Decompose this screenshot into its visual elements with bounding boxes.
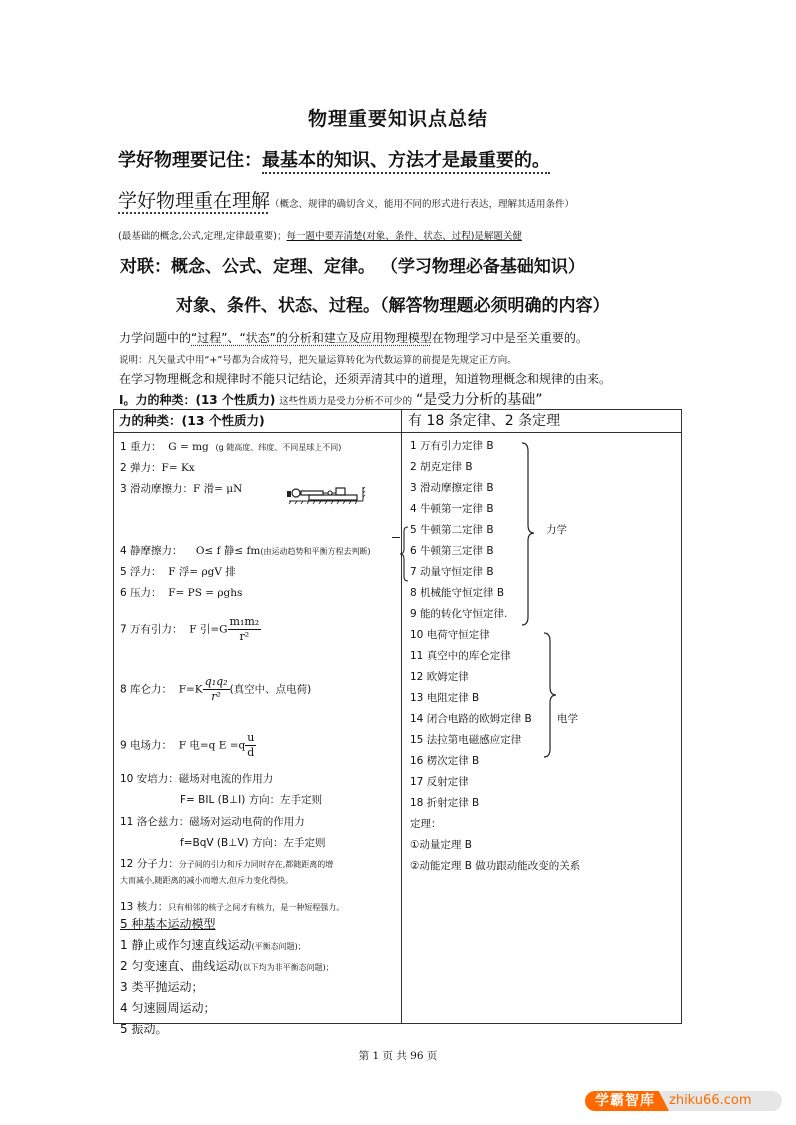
section-heading-quote: “是受力分析的基础” [416,392,543,408]
intro-line-remember-prefix: 学好物理要记住： [118,150,262,171]
intro-line-remember: 学好物理要记住：最基本的知识、方法才是最重要的。 [118,146,550,172]
force-label: 5 浮力： [120,566,162,578]
law-item: 12 欧姆定律 [410,669,469,684]
law-item: 14 闭合电路的欧姆定律 B [410,711,532,726]
law-item: 4 牛顿第一定律 B [410,501,494,516]
fraction: q₁q₂r² [203,675,230,704]
fraction-numerator: q₁q₂ [203,675,230,690]
force-item-lorentz-formula: f=BqV (B⊥V) 方向：左手定则 [180,835,325,850]
motion-model-item: 4 匀速圆周运动； [120,999,215,1016]
table-body-row: 1 重力： G = mg (g 随高度、纬度、不同星球上不同) 2 弹力：F= … [114,433,682,1024]
left-column-header: 力的种类：(13 个性质力) [114,410,402,433]
group-label-electricity: 电学 [557,711,578,726]
law-item: 1 万有引力定律 B [410,438,494,453]
force-label: 7 万有引力： [120,624,183,636]
force-item-gravity: 1 重力： G = mg (g 随高度、纬度、不同星球上不同) [120,439,341,454]
motion-models-heading: 5 种基本运动模型 [120,915,215,932]
watermark-domain: zhiku66.com [661,1091,782,1111]
law-item: 13 电阻定律 B [410,690,479,705]
law-item: 16 楞次定律 B [410,753,479,768]
mechanics-process-line: 力学问题中的“过程”、“状态”的分析和建立及应用物理模型在物理学习中是至关重要的… [119,329,588,346]
mechanics-process-c: 在物理学习中是至关重要的。 [432,331,588,345]
law-item: 17 反射定律 [410,774,469,789]
laws-cell: 1 万有引力定律 B 2 胡克定律 B 3 滑动摩擦定律 B 4 牛顿第一定律 … [402,433,682,1024]
force-item-coulomb: 8 库仑力： F=Kq₁q₂r²(真空中、点电荷) [120,675,311,704]
force-item-static-friction: 4 静摩擦力： O≤ f 静≤ fm(由运动趋势和平衡方程去判断) [120,543,371,558]
force-label: 13 核力： [120,901,168,913]
intro-line-basics-key: 每一题中要弄清楚(对象、条件、状态、过程)是解题关健 [286,231,521,242]
theorems-heading: 定理： [410,816,442,831]
couplet-line-2: 对象、条件、状态、过程。（解答物理题必须明确的内容） [176,291,610,316]
mechanics-brace-icon [520,441,540,626]
force-item-molecular: 12 分子力：分子间的引力和斥力同时存在,都随距离的增 [120,856,333,871]
force-item-nuclear: 13 核力：只有相邻的核子之间才有核力，是一种短程强力。 [120,899,344,914]
group-label-mechanics: 力学 [546,522,567,537]
law-item: 5 牛顿第二定律 B [410,522,494,537]
motion-model-note: (平衡态问题)； [251,942,305,951]
law-item: 7 动量守恒定律 B [410,564,494,579]
force-item-electric-field: 9 电场力： F 电=q E =qud [120,731,256,760]
friction-apparatus-diagram-icon [287,485,367,507]
motion-model-item: 2 匀变速直、曲线运动(以下均为非平衡态问题)； [120,957,334,974]
force-note: (g 随高度、纬度、不同星球上不同) [215,443,341,452]
fraction-denominator: r² [228,630,262,644]
force-note: 只有相邻的核子之间才有核力，是一种短程强力。 [168,903,344,912]
watermark-badge: 学霸智库 zhiku66.com [585,1091,782,1111]
motion-model-text: 1 静止或作匀速直线运动 [120,938,251,952]
law-item: 11 真空中的库仑定律 [410,648,511,663]
force-label: 3 滑动摩擦力： [120,483,193,495]
force-item-buoyancy: 5 浮力： F 浮= ρgV 排 [120,564,236,579]
page-number: 第 1 页 共 96 页 [0,1048,796,1063]
law-item: 2 胡克定律 B [410,459,473,474]
electricity-brace-icon [542,631,560,759]
force-label: 1 重力： [120,441,162,453]
intro-line-remember-emphasis: 最基本的知识、方法才是最重要的。 [262,150,550,174]
fraction: ud [245,731,256,760]
right-column-header: 有 18 条定律、2 条定理 [402,410,682,433]
document-page: 物理重要知识点总结 学好物理要记住：最基本的知识、方法才是最重要的。 学好物理重… [0,0,796,1125]
fraction-denominator: r² [203,690,230,704]
newton-laws-brace-icon [399,525,409,583]
motion-model-item: 1 静止或作匀速直线运动(平衡态问题)； [120,936,306,953]
force-formula-prefix: F=K [179,684,203,696]
section-heading-forces: Ⅰ。力的种类：(13 个性质力) 这些性质力是受力分析不可少的 “是受力分析的基… [119,389,543,409]
forces-cell: 1 重力： G = mg (g 随高度、纬度、不同星球上不同) 2 弹力：F= … [114,433,402,1024]
motion-model-text: 2 匀变速直、曲线运动 [120,959,239,973]
force-item-elastic: 2 弹力：F= Kx [120,460,195,475]
law-item: 18 折射定律 B [410,795,479,810]
fraction: m₁m₂r² [228,615,262,644]
mechanics-process-a: 力学问题中的 [119,331,191,345]
force-item-ampere-formula: F= BIL (B⊥I) 方向：左手定则 [180,792,322,807]
force-formula: F 滑= μN [193,483,242,495]
force-note: (真空中、点电荷) [230,684,312,696]
force-label: 4 静摩擦力： [120,545,183,557]
brace-connector [392,537,400,538]
force-note: (由运动趋势和平衡方程去判断) [260,547,370,556]
force-label: 8 库仑力： [120,684,172,696]
force-item-gravitation: 7 万有引力： F 引=Gm₁m₂r² [120,615,261,644]
law-item: 3 滑动摩擦定律 B [410,480,494,495]
force-item-molecular-cont: 大而减小,随距离的减小而增大,但斥力变化得快。 [120,874,293,886]
vector-note: 说明：凡矢量式中用“+”号都为合成符号，把矢量运算转化为代数运算的前提是先规定正… [119,352,517,366]
law-item: 9 能的转化守恒定律. [410,606,507,621]
intro-line-basics-prefix: (最基础的概念,公式,定理,定律最重要)； [118,231,286,242]
force-item-ampere: 10 安培力：磁场对电流的作用力 [120,771,273,786]
page-title: 物理重要知识点总结 [0,104,796,131]
section-heading-note: 这些性质力是受力分析不可少的 [279,396,412,407]
couplet-line-1: 对联：概念、公式、定理、定律。 （学习物理必备基础知识） [120,252,585,277]
theorem-item: ②动能定理 B 做功跟动能改变的关系 [410,858,580,873]
force-note: 大而减小,随距离的减小而增大,但斥力变化得快。 [120,876,293,885]
fraction-numerator: u [245,731,256,746]
force-formula: F= PS = ρghs [168,587,242,599]
table-header-row: 力的种类：(13 个性质力) 有 18 条定律、2 条定理 [114,410,682,433]
intro-line-basics: (最基础的概念,公式,定理,定律最重要)；每一题中要弄清楚(对象、条件、状态、过… [118,228,522,242]
force-label: 6 压力： [120,587,162,599]
watermark-brand: 学霸智库 [585,1091,669,1111]
force-label: 12 分子力： [120,858,179,870]
section-heading-text: Ⅰ。力的种类：(13 个性质力) [119,393,275,407]
law-item: 8 机械能守恒定律 B [410,585,504,600]
intro-line-understand: 学好物理重在理解（概念、规律的确切含义，能用不同的形式进行表达，理解其适用条件） [118,186,574,213]
forces-laws-table: 力的种类：(13 个性质力) 有 18 条定律、2 条定理 1 重力： G = … [113,409,682,1024]
force-label: 2 弹力： [120,462,162,474]
force-formula: G = mg [168,441,209,453]
force-item-pressure: 6 压力： F= PS = ρghs [120,585,242,600]
force-item-lorentz: 11 洛仑兹力：磁场对运动电荷的作用力 [120,814,305,829]
force-note: 分子间的引力和斥力同时存在,都随距离的增 [179,860,334,869]
law-item: 6 牛顿第三定律 B [410,543,494,558]
motion-model-item: 3 类平抛运动； [120,978,203,995]
force-formula-prefix: F 引=G [189,624,227,636]
theorem-item: ①动量定理 B [410,837,472,852]
force-formula: F 浮= ρgV 排 [168,566,236,578]
intro-line-understand-big: 学好物理重在理解 [118,190,270,212]
force-formula: F= Kx [162,462,195,474]
learning-note: 在学习物理概念和规律时不能只记结论，还须弄清其中的道理，知道物理概念和规律的由来… [119,370,611,387]
motion-model-note: (以下均为非平衡态问题)； [239,963,333,972]
fraction-denominator: d [245,746,256,760]
force-item-sliding-friction: 3 滑动摩擦力：F 滑= μN [120,481,242,496]
motion-model-item: 5 振动。 [120,1020,167,1037]
force-formula-prefix: F 电=q E =q [179,740,246,752]
force-formula: O≤ f 静≤ fm [196,545,260,557]
intro-line-understand-note: （概念、规律的确切含义，能用不同的形式进行表达，理解其适用条件） [270,199,574,210]
mechanics-process-b: “过程”、“状态”的分析和建立及应用物理模型 [191,331,432,345]
force-label: 9 电场力： [120,740,172,752]
fraction-numerator: m₁m₂ [228,615,262,630]
law-item: 10 电荷守恒定律 [410,627,490,642]
law-item: 15 法拉第电磁感应定律 [410,732,521,747]
